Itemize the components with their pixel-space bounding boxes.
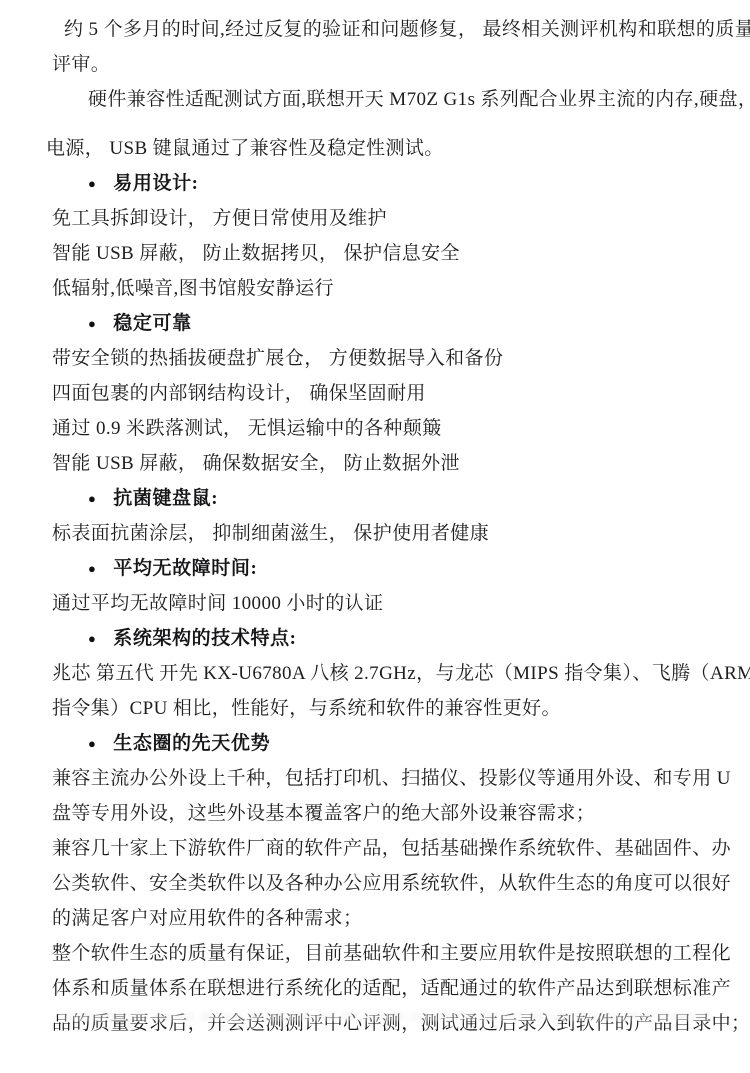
bullet-item-reliability: ● 稳定可靠 xyxy=(52,306,702,341)
paragraph-line: 标表面抗菌涂层， 抑制细菌滋生， 保护使用者健康 xyxy=(52,516,702,551)
bullet-heading: 平均无故障时间: xyxy=(113,551,257,586)
paragraph-line: 公类软件、安全类软件以及各种办公应用系统软件，从软件生态的角度可以很好 xyxy=(52,866,702,901)
paragraph-line: 四面包裹的内部钢结构设计， 确保坚固耐用 xyxy=(52,376,702,411)
bullet-item-easy-design: ● 易用设计: xyxy=(52,166,702,201)
bullet-heading: 易用设计: xyxy=(113,166,198,201)
bullet-item-architecture: ● 系统架构的技术特点: xyxy=(52,621,702,656)
bullet-icon: ● xyxy=(88,621,96,656)
paragraph-line: 评审。 xyxy=(52,47,702,82)
scan-bleed-artifact xyxy=(60,1012,710,1021)
bullet-icon: ● xyxy=(88,306,96,341)
paragraph-line: 整个软件生态的质量有保证，目前基础软件和主要应用软件是按照联想的工程化 xyxy=(52,936,702,971)
paragraph-line: 智能 USB 屏蔽， 确保数据安全， 防止数据外泄 xyxy=(52,446,702,481)
bullet-item-mtbf: ● 平均无故障时间: xyxy=(52,551,702,586)
bullet-heading: 稳定可靠 xyxy=(113,306,191,341)
bullet-heading: 抗菌键盘鼠: xyxy=(113,481,218,516)
bullet-heading: 系统架构的技术特点: xyxy=(113,621,296,656)
paragraph-line: 盘等专用外设，这些外设基本覆盖客户的绝大部外设兼容需求； xyxy=(52,796,702,831)
bullet-item-antibacterial: ● 抗菌键盘鼠: xyxy=(52,481,702,516)
paragraph-line: 兆芯 第五代 开先 KX-U6780A 八核 2.7GHz，与龙芯（MIPS 指… xyxy=(52,656,702,691)
paragraph-line: 的满足客户对应用软件的各种需求； xyxy=(52,901,702,936)
paragraph-line: 通过 0.9 米跌落测试， 无惧运输中的各种颠簸 xyxy=(52,411,702,446)
paragraph-line: 通过平均无故障时间 10000 小时的认证 xyxy=(52,586,702,621)
paragraph-line: 体系和质量体系在联想进行系统化的适配，适配通过的软件产品达到联想标准产 xyxy=(52,971,702,1006)
paragraph-line: 兼容几十家上下游软件厂商的软件产品，包括基础操作系统软件、基础固件、办 xyxy=(52,831,702,866)
paragraph-line: 硬件兼容性适配测试方面,联想开天 M70Z G1s 系列配合业界主流的内存,硬盘… xyxy=(52,82,702,117)
paragraph-line: 电源， USB 键鼠通过了兼容性及稳定性测试。 xyxy=(46,131,702,166)
paragraph-line: 带安全锁的热插拔硬盘扩展仓， 方便数据导入和备份 xyxy=(52,341,702,376)
paragraph-line: 低辐射,低噪音,图书馆般安静运行 xyxy=(52,271,702,306)
paragraph-line: 免工具拆卸设计， 方便日常使用及维护 xyxy=(52,201,702,236)
bullet-icon: ● xyxy=(88,726,96,761)
document-page: 约 5 个多月的时间,经过反复的验证和问题修复， 最终相关测评机构和联想的质量 … xyxy=(0,0,750,1073)
paragraph-line: 约 5 个多月的时间,经过反复的验证和问题修复， 最终相关测评机构和联想的质量 xyxy=(52,12,702,47)
paragraph-line: 兼容主流办公外设上千种，包括打印机、扫描仪、投影仪等通用外设、和专用 U xyxy=(52,761,702,796)
bullet-heading: 生态圈的先天优势 xyxy=(113,726,270,761)
document-content: 约 5 个多月的时间,经过反复的验证和问题修复， 最终相关测评机构和联想的质量 … xyxy=(0,0,750,1041)
bullet-item-ecosystem: ● 生态圈的先天优势 xyxy=(52,726,702,761)
bullet-icon: ● xyxy=(88,166,96,201)
bullet-icon: ● xyxy=(88,481,96,516)
bullet-icon: ● xyxy=(88,551,96,586)
paragraph-line: 指令集）CPU 相比，性能好，与系统和软件的兼容性更好。 xyxy=(52,691,702,726)
paragraph-line: 智能 USB 屏蔽， 防止数据拷贝， 保护信息安全 xyxy=(52,236,702,271)
